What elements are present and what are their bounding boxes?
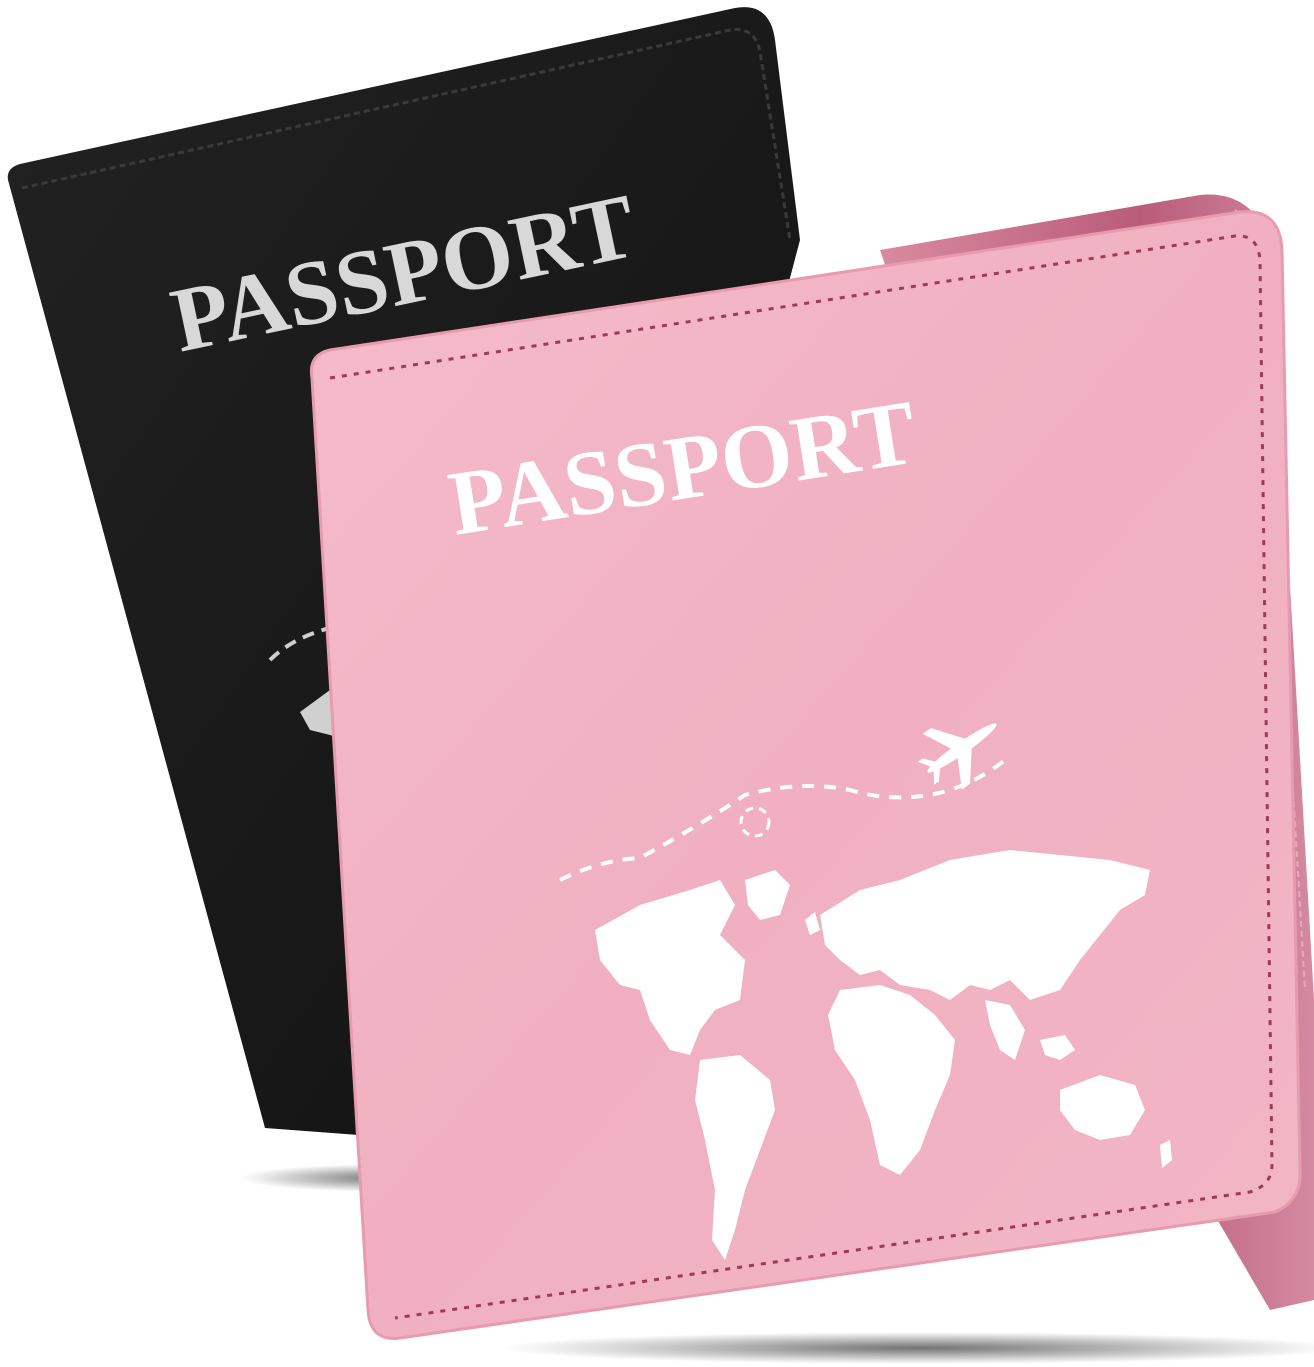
pink-cover-front — [311, 212, 1300, 1339]
pink-passport-cover: PASSPORT — [311, 195, 1314, 1339]
product-photo: PASSPORT PASSPORT — [0, 0, 1314, 1367]
pink-cover-shadow — [500, 1332, 1314, 1364]
